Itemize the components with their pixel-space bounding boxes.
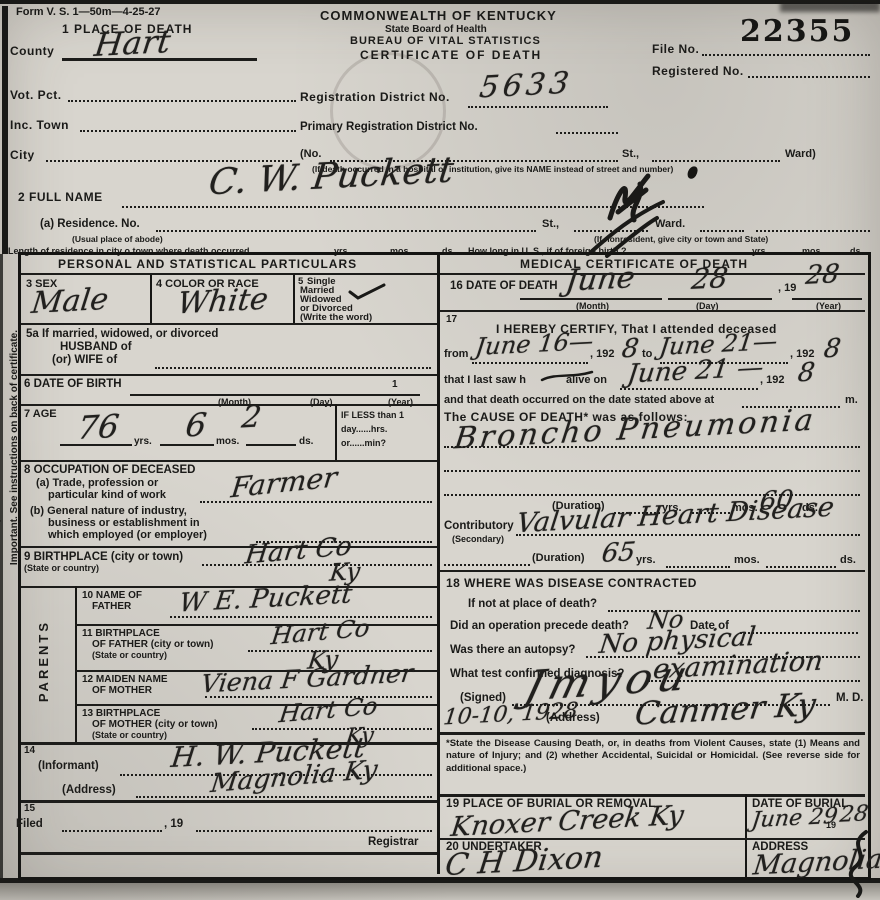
scan-top-edge [0, 0, 880, 4]
row-mother-bottom [75, 704, 437, 706]
row-sex-bottom [21, 323, 437, 325]
age-yrs-label: yrs. [134, 436, 152, 447]
age-ifless-divider [335, 404, 337, 460]
full-name-label: 2 FULL NAME [18, 190, 103, 204]
married-5a-line2: HUSBAND of [60, 341, 132, 353]
burial-19-label: 19 [826, 820, 836, 830]
st-line [652, 160, 780, 162]
residence-st-label: St., [542, 218, 559, 230]
marital-note: (Write the word) [300, 312, 372, 323]
primary-reg-line [556, 132, 618, 134]
burial-divider [745, 794, 747, 878]
alive-on-label: alive on [566, 374, 607, 386]
married-5a-line1: 5a If married, widowed, or divorced [26, 328, 218, 340]
org-line2: State Board of Health [385, 24, 487, 35]
father-bp-label1: 11 BIRTHPLACE [82, 628, 160, 639]
dod-month-line [520, 298, 662, 300]
age-ds-line [246, 444, 296, 446]
certify-num: 17 [446, 314, 457, 325]
row-informant-bottom [21, 800, 437, 803]
md-label: M. D. [836, 692, 863, 704]
dod-year-line [792, 298, 862, 300]
nonresident-note: (If nonresident, give city or town and S… [594, 234, 768, 244]
father-bp-label3: (State or country) [92, 650, 167, 660]
filed-label: Filed [16, 818, 43, 830]
sex-value-handwritten: Male [30, 282, 111, 321]
county-label: County [10, 44, 54, 58]
if-less-line1: IF LESS than 1 [341, 410, 404, 420]
margin-instructions-outer: Important. See instructions on back of c… [0, 310, 2, 533]
duration2-ds-label: ds. [840, 554, 856, 566]
row-burial-bottom [440, 838, 865, 840]
row-5a-bottom [21, 374, 437, 376]
duration2-ds-blank [766, 566, 836, 568]
mother-bp-label2: OF MOTHER (city or town) [92, 719, 218, 730]
dod-label: 16 DATE OF DEATH [450, 280, 558, 292]
occ-a2: particular kind of work [48, 489, 166, 501]
org-line3: BUREAU OF VITAL STATISTICS [350, 35, 541, 47]
st-label: St., [622, 148, 639, 160]
contributory-label: Contributory [444, 520, 514, 532]
filed-19-label: , 19 [164, 818, 183, 830]
if-less-line2: day......hrs. [341, 424, 387, 434]
row-dob-bottom [21, 404, 437, 406]
cause-footnote: *State the Disease Causing Death, or, in… [446, 738, 860, 775]
birthplace-label: 9 BIRTHPLACE (city or town) [24, 551, 183, 563]
reg-district-value-handwritten: 5633 [477, 66, 574, 106]
file-no-line [702, 54, 870, 56]
death-occurred-line: and that death occurred on the date stat… [444, 394, 714, 406]
secondary-label: (Secondary) [452, 534, 504, 544]
m-label: m. [845, 394, 858, 406]
column-divider [437, 252, 440, 874]
form-code: Form V. S. 1—50m—4-25-27 [16, 6, 161, 18]
not-place-label: If not at place of death? [468, 598, 597, 610]
dod-year-handwritten: 28 [804, 259, 841, 291]
duration2-label: (Duration) [532, 552, 585, 564]
filed-date-blank [62, 830, 162, 832]
sign-address-label: (Address) [546, 712, 600, 724]
duration2-lead-blank [444, 564, 530, 566]
org-line1: COMMONWEALTH OF KENTUCKY [320, 8, 557, 23]
father-bp-label2: OF FATHER (city or town) [92, 639, 213, 650]
vot-pct-line [68, 100, 296, 102]
scan-bottom-strip [0, 883, 880, 900]
father-name-label2: FATHER [92, 601, 131, 612]
row-father-bottom [75, 624, 437, 626]
occ-b3: which employed (or employer) [48, 529, 207, 541]
registered-no-label: Registered No. [652, 64, 744, 78]
age-yrs-line [60, 444, 132, 446]
residence-label: (a) Residence. No. [40, 218, 140, 230]
parents-label: PARENTS [36, 620, 51, 702]
row-occ-bottom [21, 546, 437, 548]
dod-day-handwritten: 28 [690, 261, 730, 296]
age-label: 7 AGE [24, 408, 57, 420]
left-title-rule [21, 273, 437, 275]
full-name-value-handwritten: C. W. Puckett [207, 150, 456, 204]
residence-no-line [156, 230, 536, 232]
not-place-blank [608, 610, 860, 612]
last-saw-label: that I last saw h [444, 374, 526, 386]
father-bp-blank [248, 650, 432, 652]
city-label: City [10, 148, 35, 162]
occupation-label: 8 OCCUPATION OF DECEASED [24, 464, 195, 476]
inc-town-label: Inc. Town [10, 118, 69, 132]
occ-a1: (a) Trade, profession or [36, 477, 158, 489]
informant-address-label: (Address) [62, 784, 116, 796]
scan-top-right-smudge [780, 0, 880, 12]
race-marital-divider [293, 275, 295, 323]
row-filed-bottom [21, 852, 437, 855]
inc-town-line [80, 130, 296, 132]
row-age-bottom [21, 460, 437, 462]
county-value-handwritten: Hart [92, 22, 172, 64]
to-year-handwritten: 8 [822, 334, 842, 365]
residence-ward-line [700, 230, 744, 232]
reg-district-line [468, 106, 608, 108]
informant-label: (Informant) [38, 760, 99, 772]
mother-bp-label3: (State or country) [92, 730, 167, 740]
duration2-yrs-label: yrs. [636, 554, 656, 566]
row-contracted-bottom [440, 732, 865, 735]
mother-name-label1: 12 MAIDEN NAME [82, 674, 168, 685]
dob-label: 6 DATE OF BIRTH [24, 378, 122, 390]
age-mos-label: mos. [216, 436, 239, 447]
cause-line1 [444, 446, 860, 448]
filed-year-blank [196, 830, 432, 832]
filed-num: 15 [24, 803, 35, 814]
cause-line2 [444, 470, 860, 472]
dod-day-line [668, 298, 772, 300]
if-less-line3: or......min? [341, 438, 386, 448]
dob-year-prefix: 1 [392, 379, 398, 390]
from-blank [472, 362, 588, 364]
corner-ink-scrawl [838, 828, 880, 898]
burial-year-handwritten: 28 [838, 801, 869, 827]
father-name-label1: 10 NAME OF [82, 590, 142, 601]
residence-tail-line [756, 230, 870, 232]
sex-race-divider [150, 275, 152, 323]
personal-section-title: PERSONAL AND STATISTICAL PARTICULARS [58, 257, 357, 271]
vot-pct-label: Vot. Pct. [10, 88, 62, 102]
occ-b2: business or establishment in [48, 517, 200, 529]
y192a-label: , 192 [590, 348, 614, 360]
scan-left-bar [2, 6, 8, 254]
birthplace-blank [202, 564, 432, 566]
birthplace-state-label: (State or country) [24, 563, 99, 573]
ward-close-label: Ward) [785, 148, 816, 160]
informant-num: 14 [24, 745, 35, 756]
age-ds-label: ds. [299, 436, 313, 447]
dod-19-label: , 19 [778, 282, 796, 294]
right-title-rule [440, 273, 865, 275]
date-of-blank [740, 632, 858, 634]
registrar-label: Registrar [368, 836, 419, 848]
last-saw-year-handwritten: 8 [796, 358, 816, 389]
duration2-yrs-handwritten: 65 [600, 537, 637, 569]
certificate-number-stamp: 22355 [740, 14, 854, 49]
married-5a-blank [155, 367, 431, 369]
mother-bp-blank [252, 728, 432, 730]
row-dod-bottom [440, 310, 865, 312]
y192c-label: , 192 [760, 374, 784, 386]
duration2-mos-label: mos. [734, 554, 760, 566]
married-check-mark [348, 282, 388, 302]
race-value-handwritten: White [175, 282, 270, 322]
file-no-label: File No. [652, 42, 699, 56]
autopsy-label: Was there an autopsy? [450, 644, 575, 656]
mother-name-label2: OF MOTHER [92, 685, 152, 696]
primary-reg-label: Primary Registration District No. [300, 121, 478, 133]
dob-line [130, 394, 420, 396]
occ-b1: (b) General nature of industry, [30, 505, 187, 517]
contracted-label: 18 WHERE WAS DISEASE CONTRACTED [446, 576, 697, 590]
parents-strip-divider [75, 586, 77, 742]
death-certificate-scan: Important. See instructions on back of c… [0, 0, 880, 900]
registered-no-line [748, 76, 870, 78]
age-mos-line [160, 444, 214, 446]
from-label: from [444, 348, 468, 360]
duration2-mos-blank [666, 566, 730, 568]
married-5a-line3: (or) WIFE of [52, 354, 117, 366]
abode-note: (Usual place of abode) [72, 234, 163, 244]
mother-bp-label1: 13 BIRTHPLACE [82, 708, 160, 719]
ink-dot [686, 165, 699, 180]
age-years-handwritten: 76 [75, 407, 121, 447]
row-footnote-bottom [440, 794, 865, 797]
informant-address-blank [136, 796, 432, 798]
dod-month-handwritten: June [564, 260, 637, 299]
row-cause-bottom [440, 570, 865, 572]
